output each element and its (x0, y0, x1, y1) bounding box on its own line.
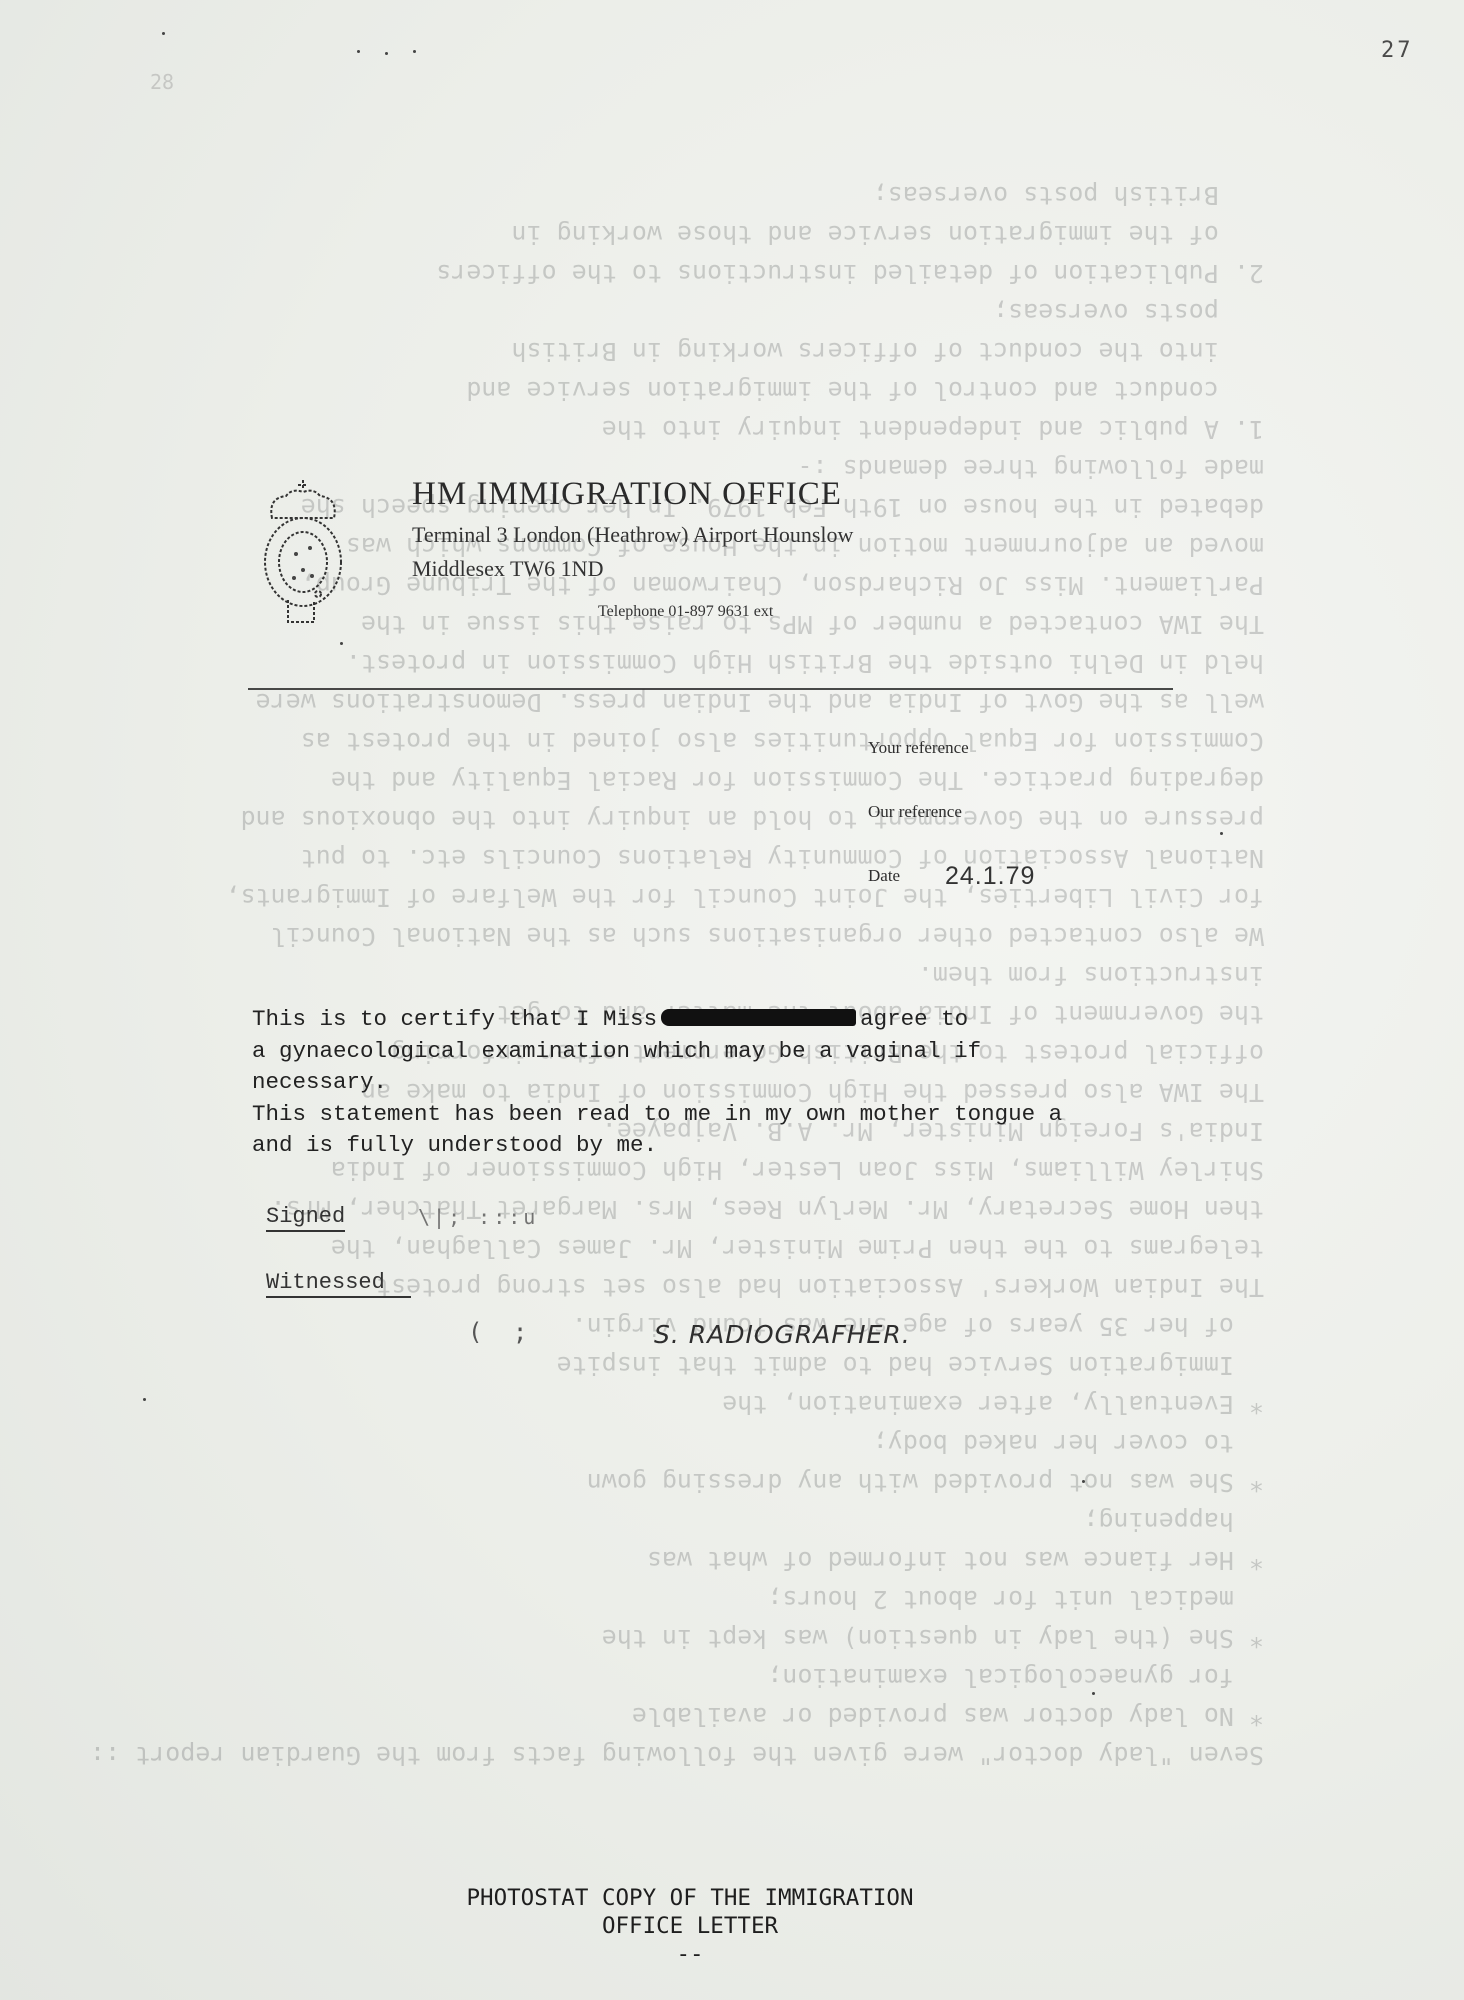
show-through-line: happening; (1083, 1507, 1264, 1536)
document-page: Seven "lady doctor" were given the follo… (0, 0, 1464, 2000)
show-through-line: pressure on the Government to hold an in… (241, 805, 1265, 834)
address-line-2: Middlesex TW6 1ND (412, 556, 603, 582)
caption-line-3: -- (410, 1940, 970, 1968)
telephone: Telephone 01-897 9631 ext (598, 603, 773, 621)
show-through-line: telegrams to the then Prime Minister, Mr… (331, 1234, 1264, 1263)
show-through-line: * No lady doctor was provided or availab… (632, 1702, 1264, 1731)
show-through-line: degrading practice. The Commission for R… (331, 766, 1264, 795)
date-value: 24.1.79 (945, 862, 1035, 891)
show-through-line: Commission for Equal Opportunities also … (301, 727, 1264, 756)
witness-signature: S. RADIOGRAFHER. (654, 1320, 911, 1349)
show-through-line: to cover her naked body; (873, 1429, 1264, 1458)
signed-label: Signed (266, 1204, 345, 1232)
statement-line-1-start: This is to certify that I Miss (252, 1006, 657, 1032)
show-through-line: * She (the lady in question) was kept in… (602, 1624, 1264, 1653)
caption-line-2: OFFICE LETTER (410, 1912, 970, 1940)
ghost-page-number: 28 (150, 70, 174, 94)
witnessed-label: Witnessed (266, 1270, 411, 1298)
consent-statement: This is to certify that I Missagree to a… (252, 1004, 1062, 1162)
show-through-line: We also contacted other organisations su… (271, 922, 1264, 951)
show-through-line: of the immigration service and those wor… (511, 220, 1264, 249)
redacted-name (661, 1009, 856, 1026)
show-through-line: 2. Publication of detailed instructions … (436, 259, 1264, 288)
show-through-line: made following three demands :- (797, 454, 1264, 483)
show-through-line: well as the Govt of India and the Indian… (256, 688, 1264, 717)
show-through-text: Seven "lady doctor" were given the follo… (0, 0, 1464, 2000)
show-through-line: held in Delhi outside the British High C… (346, 649, 1264, 678)
address-line-1: Terminal 3 London (Heathrow) Airport Hou… (412, 522, 853, 548)
page-number: 27 (1381, 38, 1414, 63)
statement-line-5: and is fully understood by me. (252, 1132, 657, 1158)
show-through-line: The IWA contacted a number of MPs to rai… (361, 610, 1264, 639)
show-through-line: * Eventually, after examination, the (722, 1390, 1264, 1419)
show-through-line: instructions from them. (918, 961, 1264, 990)
show-through-line: posts overseas; (993, 298, 1264, 327)
show-through-line: conduct and control of the immigration s… (466, 376, 1264, 405)
caption-line-1: PHOTOSTAT COPY OF THE IMMIGRATION (410, 1884, 970, 1912)
statement-line-3: necessary. (252, 1069, 387, 1095)
office-name: HM IMMIGRATION OFFICE (412, 476, 842, 513)
show-through-line: British posts overseas; (873, 181, 1264, 210)
statement-line-4: This statement has been read to me in my… (252, 1101, 1062, 1127)
show-through-line: * She was not provided with any dressing… (587, 1468, 1264, 1497)
our-reference-label: Our reference (868, 802, 962, 822)
show-through-line: Immigration Service had to admit that in… (557, 1351, 1264, 1380)
show-through-line: 1. A public and independent inquiry into… (602, 415, 1264, 444)
royal-crest-icon (258, 478, 348, 630)
statement-line-1-end: agree to (860, 1006, 968, 1032)
photostat-caption: PHOTOSTAT COPY OF THE IMMIGRATION OFFICE… (410, 1884, 970, 1968)
witness-mark: ( ; (468, 1318, 535, 1346)
show-through-line: Seven "lady doctor" were given the follo… (90, 1741, 1264, 1770)
show-through-line: National Association of Community Relati… (301, 844, 1264, 873)
your-reference-label: Your reference (868, 738, 969, 758)
show-through-line: medical unit for about 2 hours; (767, 1585, 1264, 1614)
letterhead-divider (248, 688, 1173, 690)
show-through-line: * Her fiance was not informed of what wa… (647, 1546, 1264, 1575)
show-through-line: for Civil Liberties, the Joint Council f… (225, 883, 1264, 912)
show-through-line: into the conduct of officers working in … (511, 337, 1264, 366)
show-through-line: for gynaecological examination; (767, 1663, 1264, 1692)
date-label: Date (868, 866, 900, 886)
show-through-line: The Indian Workers' Association had also… (376, 1273, 1264, 1302)
statement-line-2: a gynaecological examination which may b… (252, 1038, 981, 1064)
signed-mark: \|; :::u (418, 1205, 538, 1229)
